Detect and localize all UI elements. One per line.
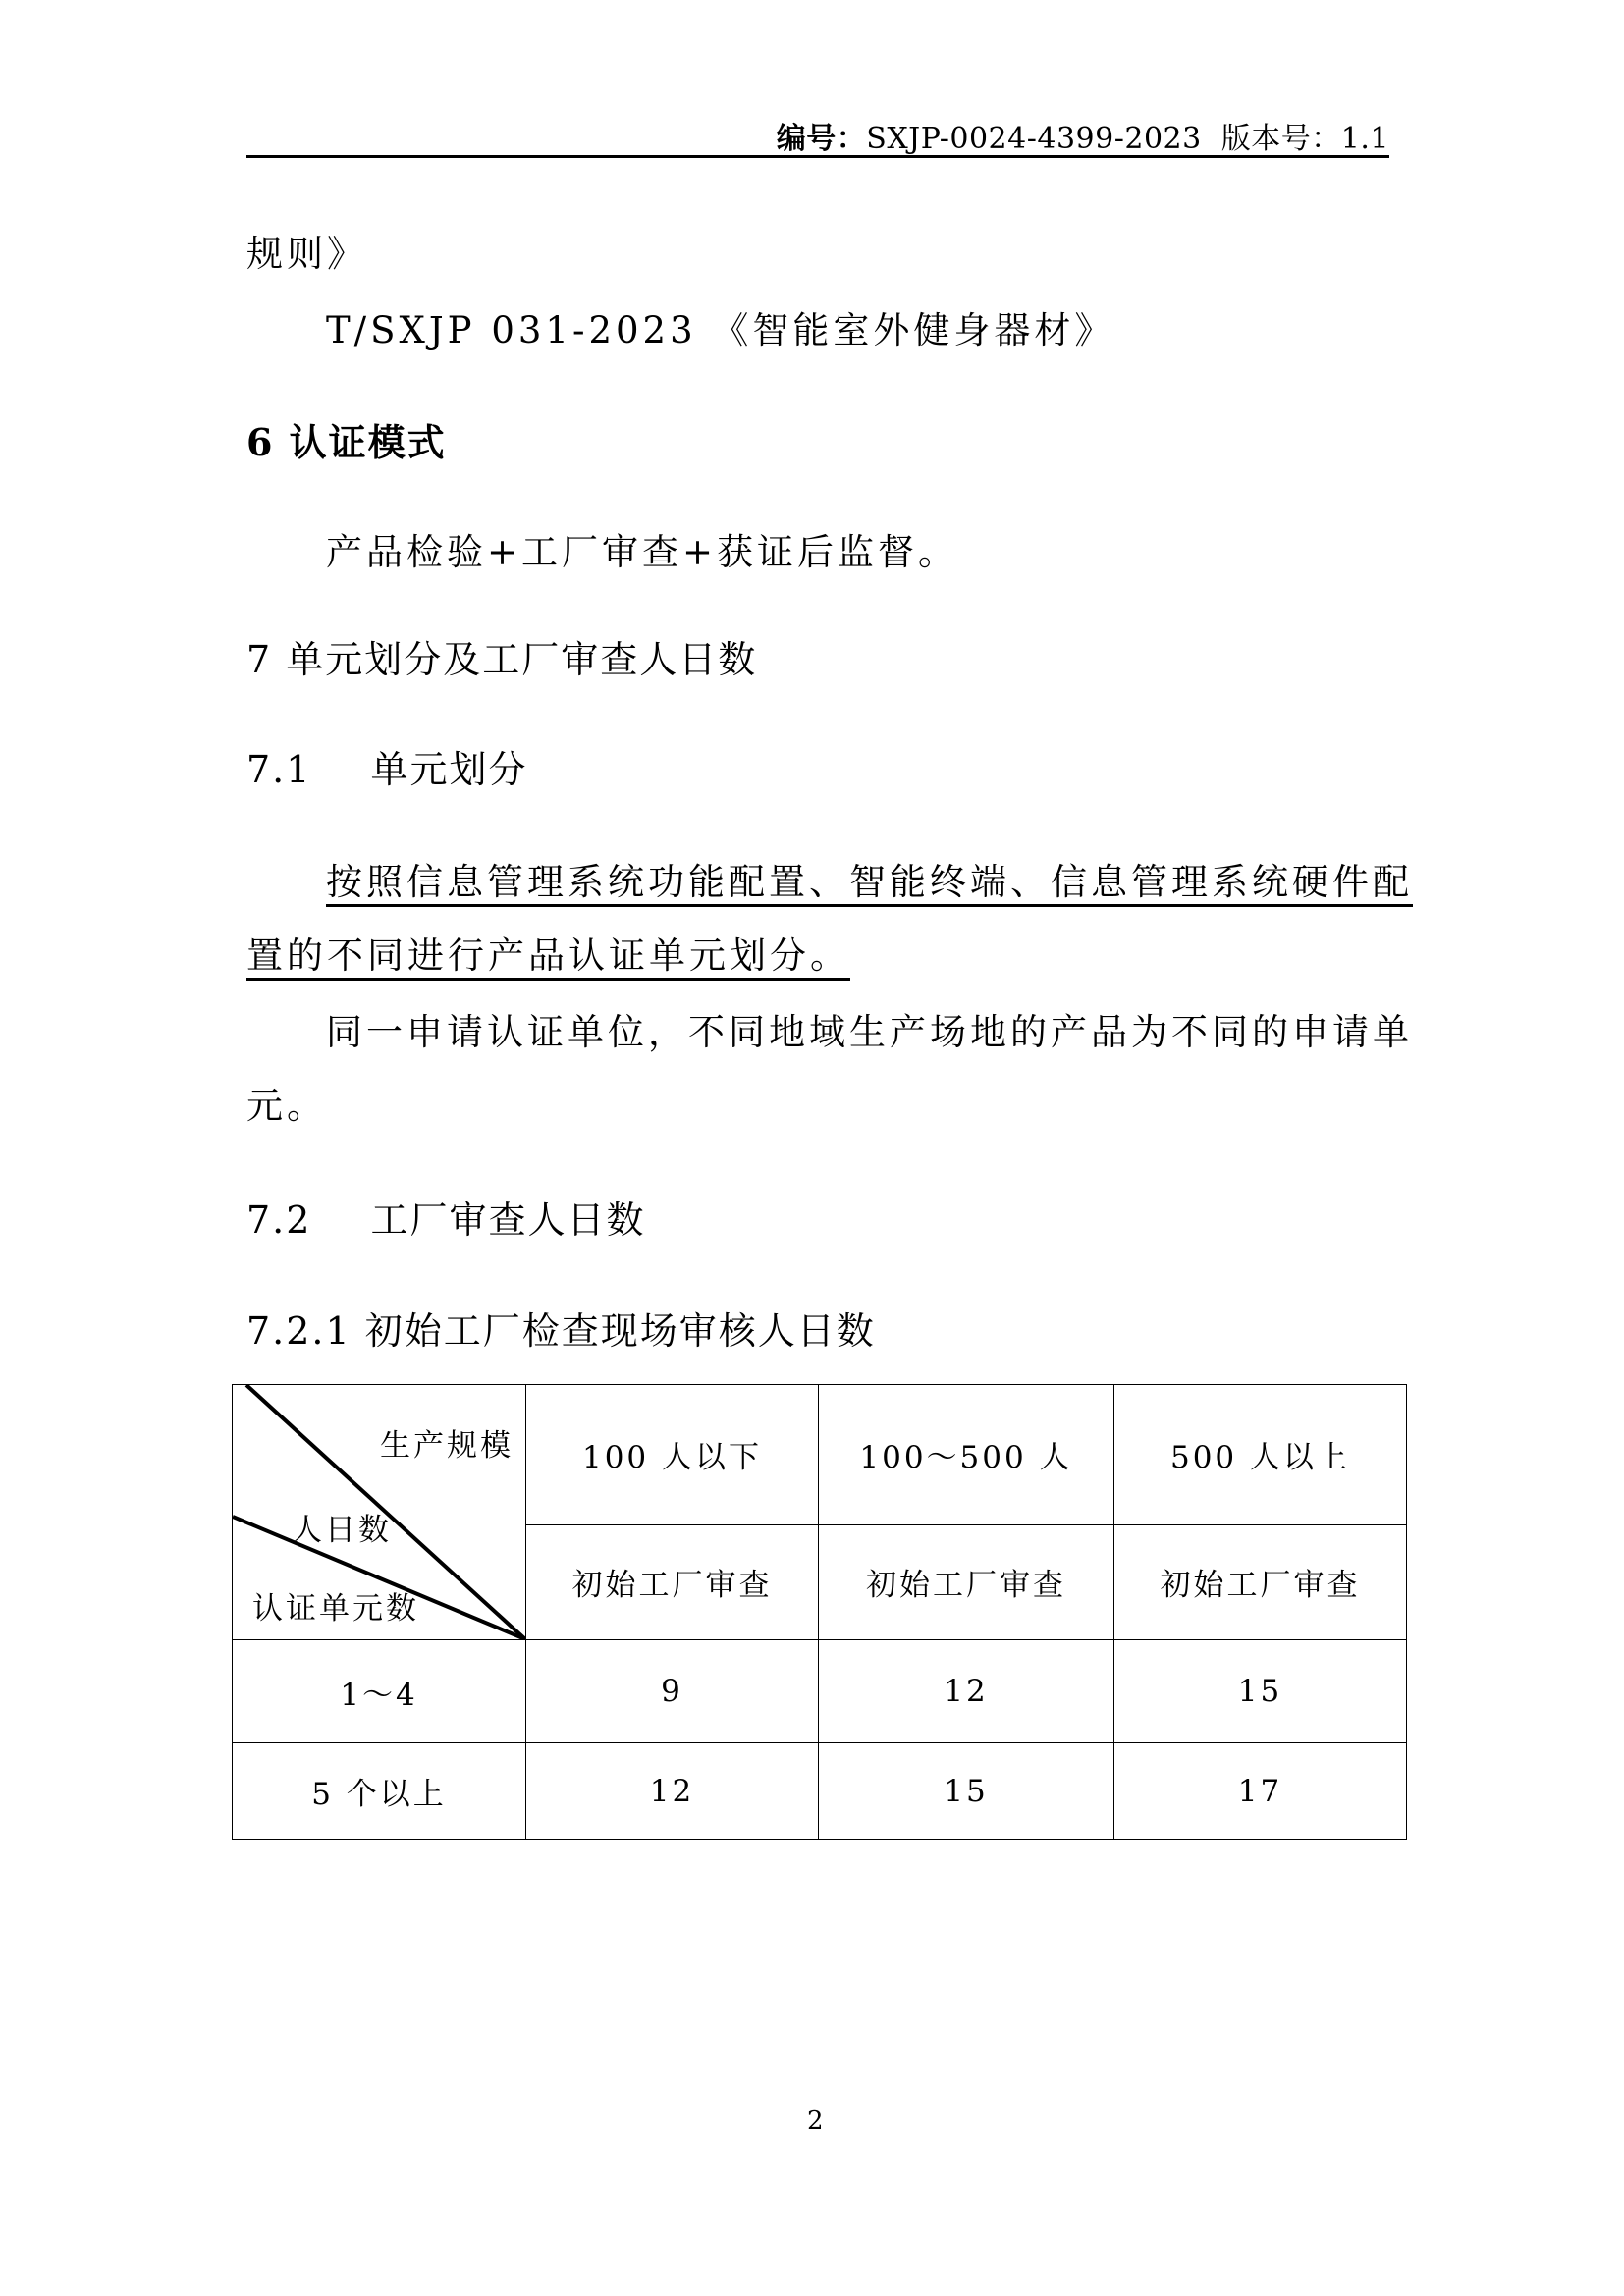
units-cell: 1～4 — [233, 1640, 526, 1743]
version-label: 版本号： — [1221, 122, 1341, 156]
paragraph-unit-division-line2: 置的不同进行产品认证单元划分。 — [246, 926, 850, 979]
standard-reference: T/SXJP 031-2023 《智能室外健身器材》 — [326, 300, 1114, 353]
section-7-1-title: 单元划分 — [370, 748, 527, 791]
sub-header-cell: 初始工厂审查 — [526, 1524, 819, 1639]
page-number: 2 — [807, 2107, 824, 2136]
value-cell: 9 — [526, 1640, 819, 1743]
section-7-2-number: 7.2 — [246, 1199, 311, 1242]
value-cell: 17 — [1114, 1743, 1407, 1840]
document-header: 编号：SXJP-0024-4399-2023 版本号：1.1 — [777, 114, 1389, 157]
version-value: 1.1 — [1341, 122, 1389, 156]
doc-code-label: 编号： — [777, 122, 867, 156]
value-cell: 15 — [1114, 1640, 1407, 1743]
paragraph-applicant-line1: 同一申请认证单位，不同地域生产场地的产品为不同的申请单 — [326, 1002, 1389, 1055]
continuation-text: 规则》 — [246, 224, 367, 277]
scale-header-cell: 100～500 人 — [819, 1385, 1114, 1525]
section-7-1-number: 7.1 — [246, 748, 311, 791]
table-row: 5 个以上 12 15 17 — [233, 1743, 1407, 1840]
paragraph-applicant-line2: 元。 — [246, 1076, 327, 1129]
value-cell: 12 — [526, 1743, 819, 1840]
table-row: 1～4 9 12 15 — [233, 1640, 1407, 1743]
section-7-2-heading: 7.2工厂审查人日数 — [246, 1190, 645, 1244]
paragraph-unit-division-line1: 按照信息管理系统功能配置、智能终端、信息管理系统硬件配 — [326, 852, 1389, 905]
table-corner-cell: 生产规模 人日数 认证单元数 — [233, 1385, 526, 1640]
corner-label-mandays: 人日数 — [292, 1505, 392, 1549]
header-rule — [246, 155, 1389, 158]
value-cell: 12 — [819, 1640, 1114, 1743]
doc-code-value: SXJP-0024-4399-2023 — [866, 122, 1201, 156]
sub-header-cell: 初始工厂审查 — [819, 1524, 1114, 1639]
section-7-2-title: 工厂审查人日数 — [370, 1199, 645, 1242]
scale-header-cell: 100 人以下 — [526, 1385, 819, 1525]
section-6-heading: 6 认证模式 — [246, 412, 447, 466]
scale-header-cell: 500 人以上 — [1114, 1385, 1407, 1525]
corner-label-scale: 生产规模 — [380, 1420, 514, 1465]
section-6-text: 产品检验+工厂审查+获证后监督。 — [326, 522, 958, 575]
sub-header-cell: 初始工厂审查 — [1114, 1524, 1407, 1639]
units-cell: 5 个以上 — [233, 1743, 526, 1840]
section-7-2-1-heading: 7.2.1 初始工厂检查现场审核人日数 — [246, 1301, 876, 1355]
corner-label-units: 认证单元数 — [252, 1583, 419, 1628]
value-cell: 15 — [819, 1743, 1114, 1840]
section-7-1-heading: 7.1单元划分 — [246, 739, 527, 793]
section-7-heading: 7 单元划分及工厂审查人日数 — [246, 629, 757, 683]
audit-mandays-table: 生产规模 人日数 认证单元数 100 人以下 100～500 人 500 人以上… — [232, 1384, 1407, 1840]
